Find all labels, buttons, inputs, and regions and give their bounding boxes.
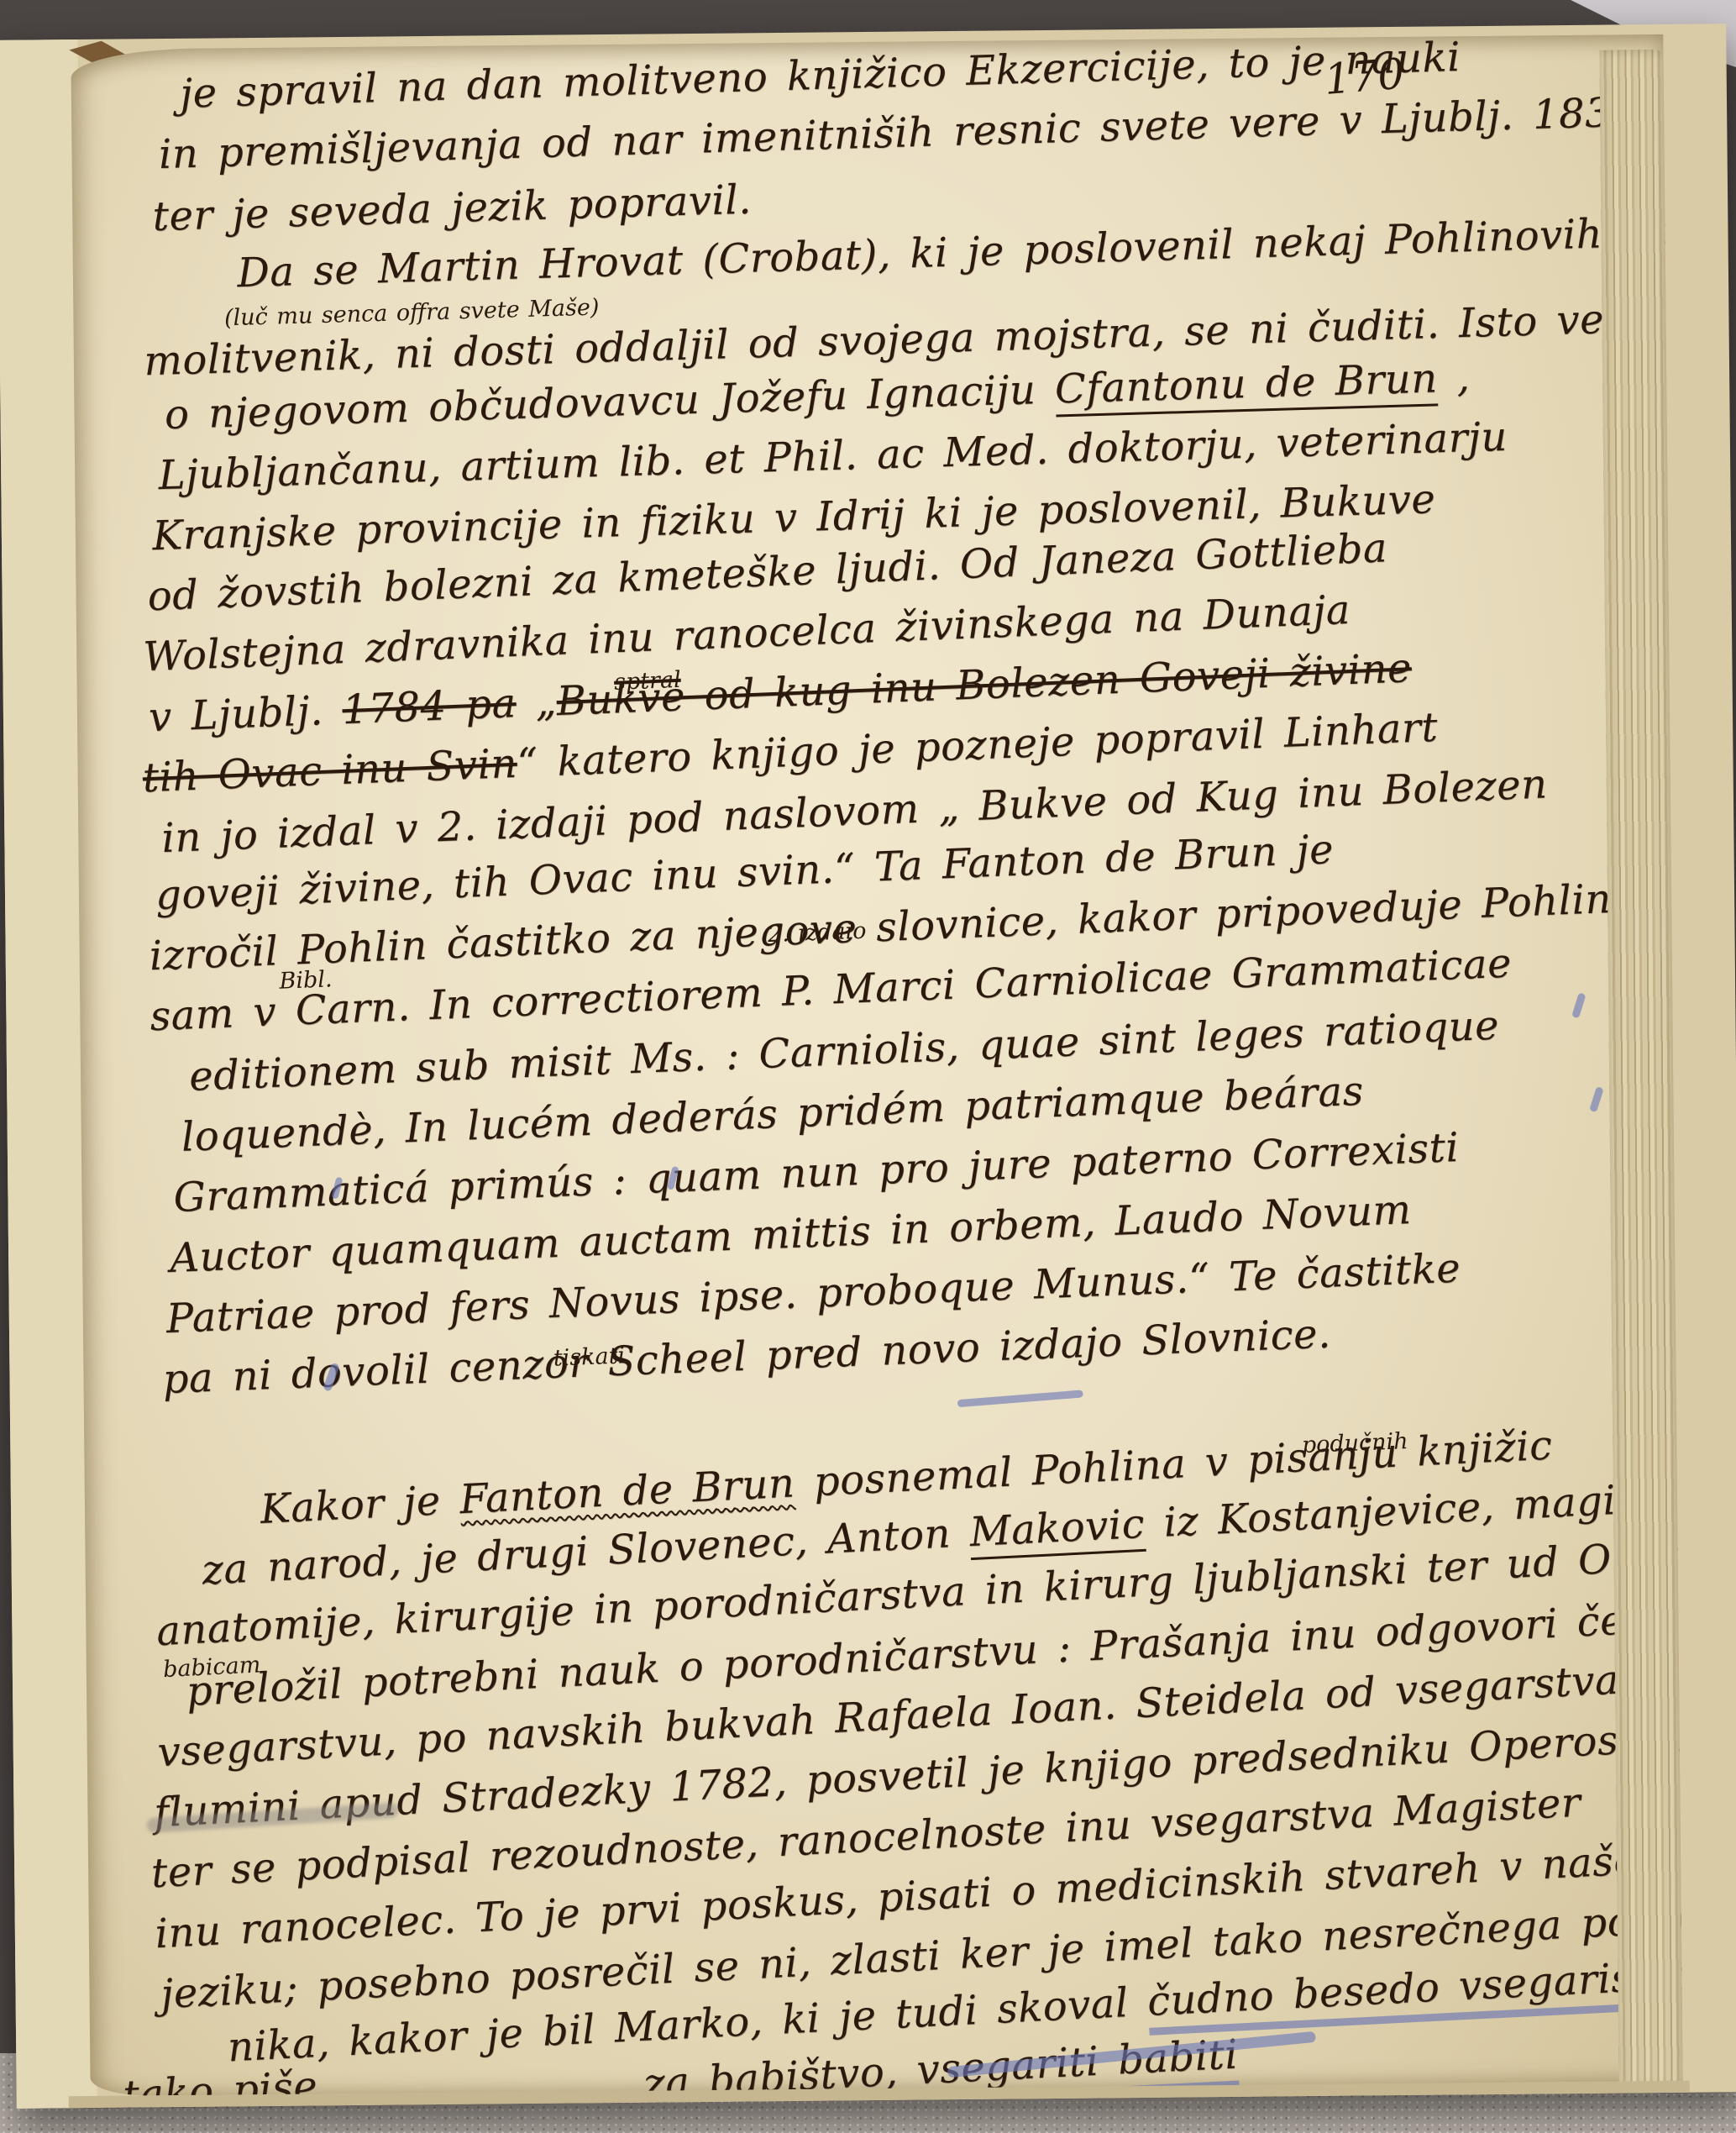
- underlined-text: Cfantonu de Brun: [1054, 355, 1438, 417]
- struck-text: tih Ovac inu Svin: [142, 740, 518, 801]
- line-text: ,: [1437, 354, 1471, 402]
- struck-text: 1784 pa: [341, 680, 517, 733]
- manuscript-line: ter je seveda jezik popravil.: [152, 176, 753, 241]
- line-text: „: [516, 678, 558, 727]
- photo-of-manuscript: { "scene": { "background_color": "#4b454…: [0, 0, 1736, 2133]
- line-text: v Ljublj.: [148, 686, 344, 741]
- blue-pencil-mark: [957, 1390, 1083, 1407]
- underlined-text: Fanton de Brun: [459, 1459, 796, 1523]
- line-text: Kakor je: [260, 1476, 461, 1533]
- book-page: 170 je spravil na dan molitveno knjižico…: [71, 34, 1682, 2096]
- fore-edge-pages: [1599, 50, 1682, 2092]
- underlined-text: Makovic: [968, 1500, 1146, 1560]
- blue-pencil-mark: [1589, 1086, 1604, 1112]
- manuscript-line: tako piše: [122, 2062, 318, 2096]
- blue-pencil-mark: [1571, 992, 1587, 1018]
- book: 170 je spravil na dan molitveno knjižico…: [0, 24, 1736, 2109]
